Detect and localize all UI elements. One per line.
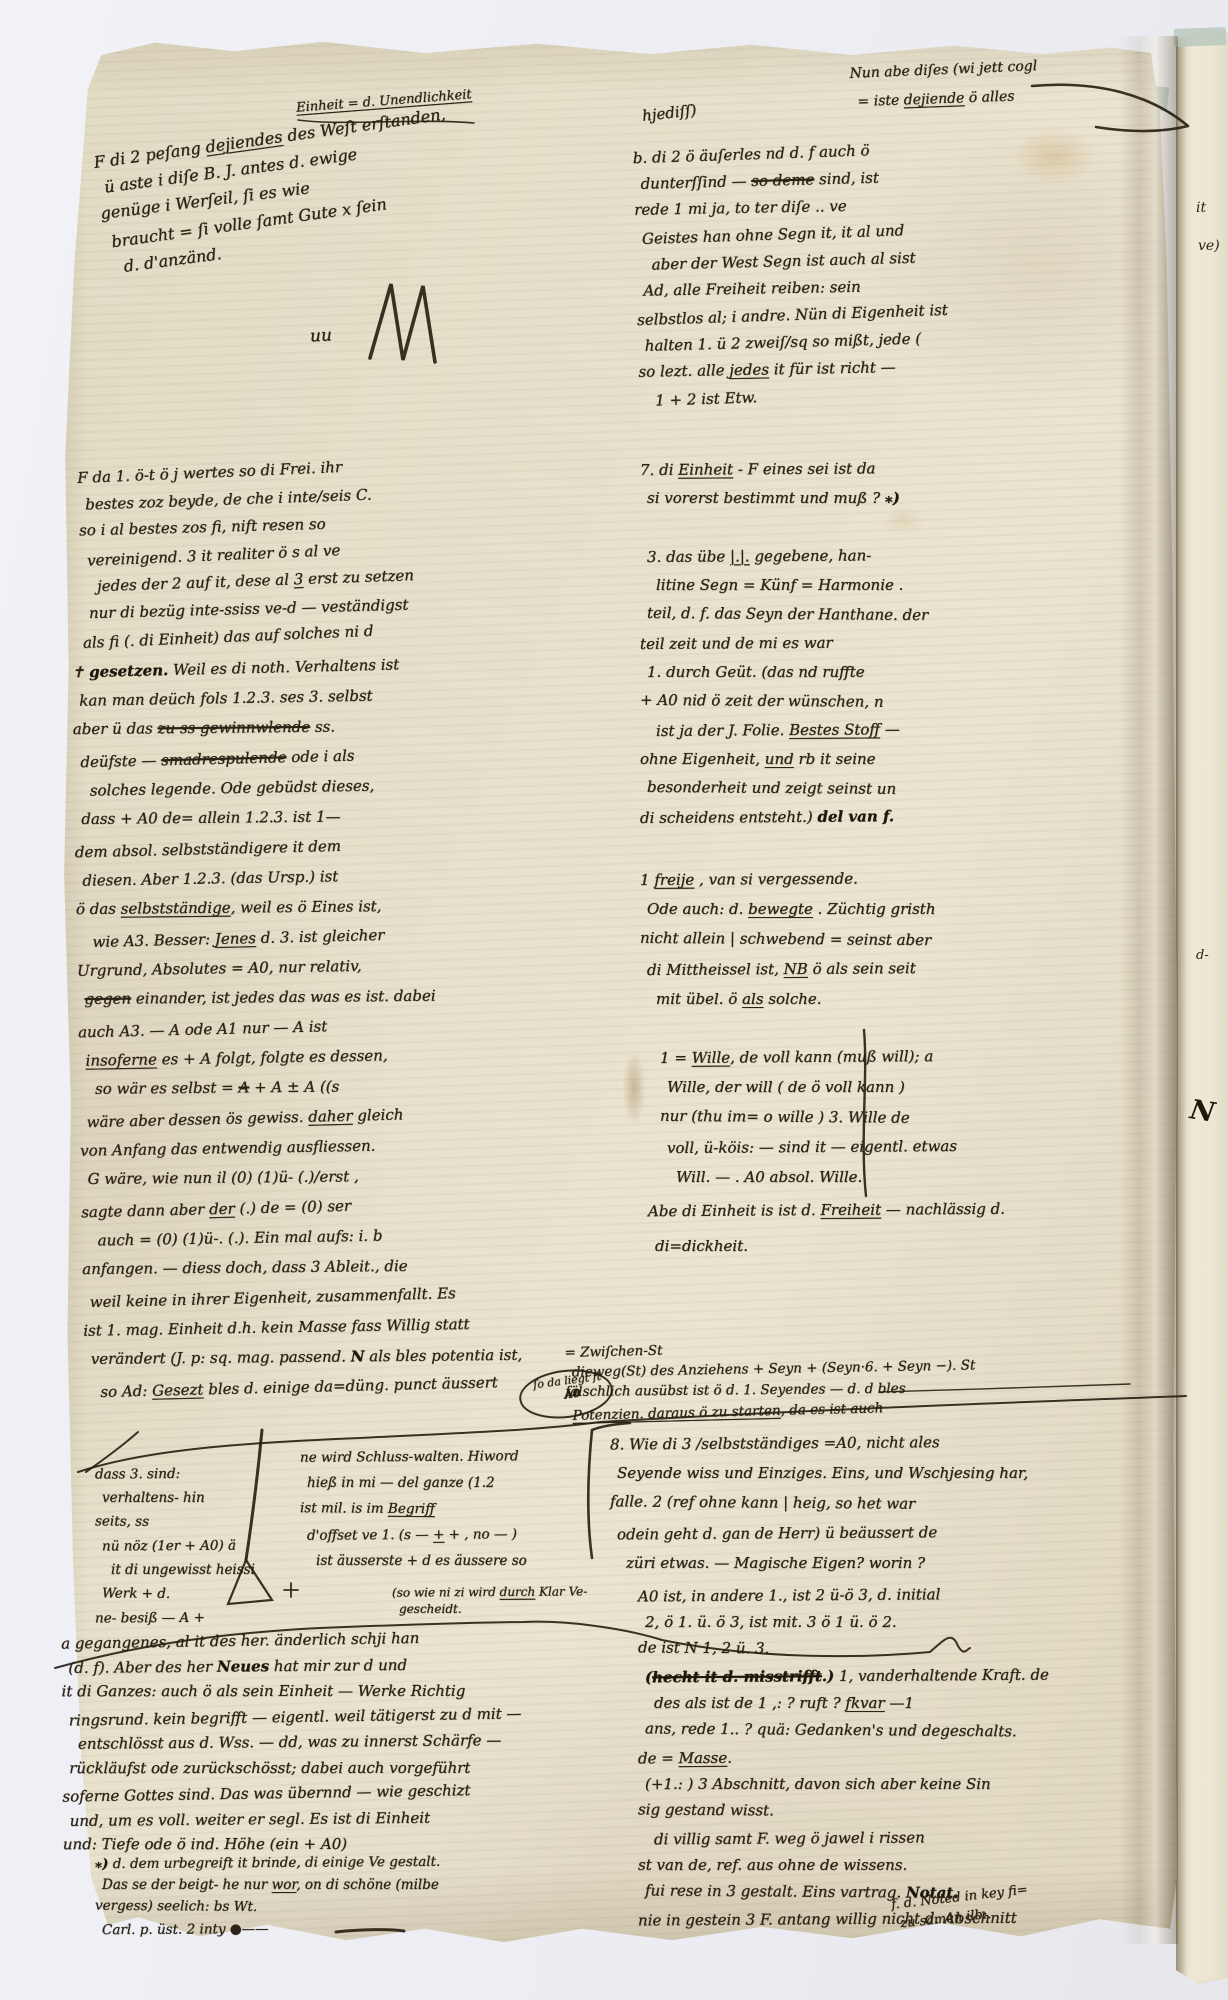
edge-ink-fragment: N [1188,1094,1217,1128]
handwriting-line: it di ungewisst heissi [111,1558,255,1582]
handwriting-line: nur (thu im= o wille ) 3. Wille de [660,1101,957,1133]
asterisk-footnote: ⁎) d. dem urbegreift it brinde, di einig… [95,1852,440,1940]
handwriting-line: voll, ü-köis: — sind it — eigentl. etwas [667,1131,957,1163]
handwriting-line: Ode auch: d. bewegte . Züchtig gristh [647,894,935,924]
section-mark-prefix: uu [309,325,332,346]
handwriting-line: litine Segn = Künf = Harmonie . [656,571,928,600]
handwriting-line: di scheidens entsteht.) del van f. [640,802,928,833]
adjacent-page-edge [1176,26,1228,1984]
handwriting-line: A0 ist, in andere 1., ist 2 ü-ö 3, d. in… [638,1581,1049,1611]
right-column-paragraph-einheit: Abe di Einheit is ist d. Freiheit — nach… [648,1192,1005,1264]
handwriting-line: ist äusserste + d es äussere so [316,1548,527,1574]
left-column-paragraph-1: F da 1. ö-t ö j wertes so di Frei. ihrbe… [77,452,417,656]
handwriting-line: gescheidt. [399,1601,587,1618]
handwriting-line: rückläufst ode zurückschösst; dabei auch… [69,1755,522,1781]
handwriting-line: nü nöz (1er + A0) ä [102,1533,255,1558]
handwriting-line: 3. das übe |.|. gegebene, han- [647,541,928,572]
handwriting-line: teil, d. f. das Seyn der Hanthane. der [647,599,928,630]
handwriting-line: ist mil. is im Begriff [300,1495,527,1523]
handwriting-line: Will. — . A0 absol. Wille. [676,1162,957,1192]
handwriting-line: 1. durch Geüt. (das nd ruffte [647,658,928,687]
boxed-table-left-column: dass 3. sind:verhaltens- hinseits, ssnü … [95,1462,255,1630]
handwriting-line: verhaltens- hin [102,1486,255,1510]
edge-ink-fragment: ve) [1198,238,1220,254]
handwriting-line: (+1.: ) 3 Abschnitt, davon sich aber kei… [645,1771,1049,1798]
scanned-manuscript-page: { "document": { "kind_label": "handwritt… [0,0,1228,2000]
handwriting-line: des als ist de 1 ,: ? ruft ? fkvar —1 [654,1690,1049,1717]
handwriting-line: (hecht it d. misstrifft.) 1, vanderhalte… [645,1662,1049,1692]
handwriting-line: teil zeit und de mi es war [640,628,928,659]
right-column-paragraph-7: 7. di Einheit - F eines sei ist dasi vor… [640,455,928,832]
handwriting-line: ans, rede 1.. ? quä: Gedanken's und dege… [645,1715,1049,1745]
binding-tape-mark [1174,27,1227,47]
handwriting-line: falle. 2 (ref ohne kann | heig, so het w… [610,1486,1028,1519]
handwriting-line: mit übel. ö als solche. [656,984,935,1014]
edge-ink-fragment: it [1196,200,1206,216]
handwriting-line: + A0 nid ö zeit der wünschen, n [640,686,928,717]
handwriting-line: 1 = Wille, de voll kann (muß will); a [660,1041,957,1073]
left-column-paragraph-2: ✝ gesetzen. Weil es di noth. Verhaltens … [71,648,522,1406]
handwriting-line: d'offset ve 1. (s — + + , no — ) [307,1521,527,1549]
handwriting-line: dass 3. sind: [95,1461,255,1486]
handwriting-line: ⁎) d. dem urbegreift it brinde, di einig… [95,1851,440,1875]
handwriting-line: Das se der beigt- he nur wor, on di schö… [102,1874,440,1896]
handwriting-line: hieß in mi — del ganze (1.2 [307,1470,527,1496]
handwriting-line: sig gestand wisst. [638,1796,1049,1826]
handwriting-line: Abe di Einheit is ist d. Freiheit — nach… [648,1191,1005,1229]
handwriting-line: ne- besiß — A + [95,1605,255,1630]
handwriting-line: (so wie ni zi wird durch Klar Ve- [392,1583,587,1601]
handwriting-line: seits, ss [95,1509,255,1534]
handwriting-line [640,512,928,543]
handwriting-line: ist ja der J. Folie. Bestes Stoff — [656,715,928,746]
handwriting-line: Carl. p. üst. 2 inty ●—— [102,1917,440,1941]
handwriting-line: vergess) seelich: bs Wt. [95,1895,440,1920]
right-column-paragraph-freije: 1 freije , van si vergessende.Ode auch: … [640,864,935,1014]
handwriting-line: di Mittheissel ist, NB ö als sein seit [647,953,936,985]
boxed-table-right-column: ne wird Schluss-walten. Hiwordhieß in mi… [300,1444,527,1574]
handwriting-line: züri etwas. — Magische Eigen? worin ? [626,1548,1028,1578]
handwriting-line: 2, ö 1. ü. ö 3, ist mit. 3 ö 1 ü. ö 2. [645,1609,1049,1636]
top-right-marginal-note: Nun abe diſes (wi jett cogl= iste dejien… [849,53,1039,118]
handwriting-line: ohne Eigenheit, und rb it seine [640,745,928,774]
right-column-paragraph-a0: A0 ist, in andere 1., ist 2 ü-ö 3, d. in… [638,1582,1049,1933]
handwriting-line: besonderheit und zeigt seinst un [647,773,928,804]
handwriting-line: 7. di Einheit - F eines sei ist da [640,454,928,485]
handwriting-line: ne wird Schluss-walten. Hiword [300,1443,527,1471]
handwriting-line: nicht allein | schwebend = seinst aber [640,923,936,955]
handwriting-line: de ist N 1, 2 ü. 3. [638,1634,1049,1664]
boxed-table-insertion: (so wie ni zi wird durch Klar Ve-geschei… [392,1584,587,1618]
handwriting-line: odein geht d. gan de Herr) ü beäussert d… [617,1517,1028,1550]
handwriting-line: it di Ganzes: auch ö als sein Einheit — … [62,1679,522,1705]
handwriting-line: Werk + d. [102,1581,255,1606]
handwriting-line: Wille, der will ( de ö voll kann ) [667,1072,957,1102]
handwriting-line: di villig samt F. weg ö jawel i rissen [654,1824,1049,1854]
handwriting-line: si vorerst bestimmt und muß ? ⁎) [647,484,928,513]
right-column-paragraph-8: 8. Wie di 3 /selbstständiges =A0, nicht … [610,1428,1028,1578]
handwriting-line: 8. Wie di 3 /selbstständiges =A0, nicht … [610,1427,1028,1460]
handwriting-line: 1 freije , van si vergessende. [640,863,936,895]
edge-ink-fragment: d- [1196,948,1209,963]
handwriting-line: de = Masse. [638,1743,1049,1773]
right-column-paragraph-wille: 1 = Wille, de voll kann (muß will); aWil… [660,1042,957,1192]
handwriting-line: Seyende wiss und Einziges. Eins, und Wsc… [617,1458,1028,1488]
right-column-intro-paragraph: b. di 2 ö äuſerles nd d. f auch ödunterſ… [633,136,951,414]
center-formula-block: = Zwiſchen-Stdieweg(St) des Anziehens + … [564,1334,976,1425]
handwriting-line: st van de, ref. aus ohne de wissens. [638,1852,1049,1879]
handwriting-line: di=dickheit. [655,1228,1005,1264]
left-column-bottom-paragraph: a gegangenes, al it des her. änderlich s… [61,1626,523,1860]
